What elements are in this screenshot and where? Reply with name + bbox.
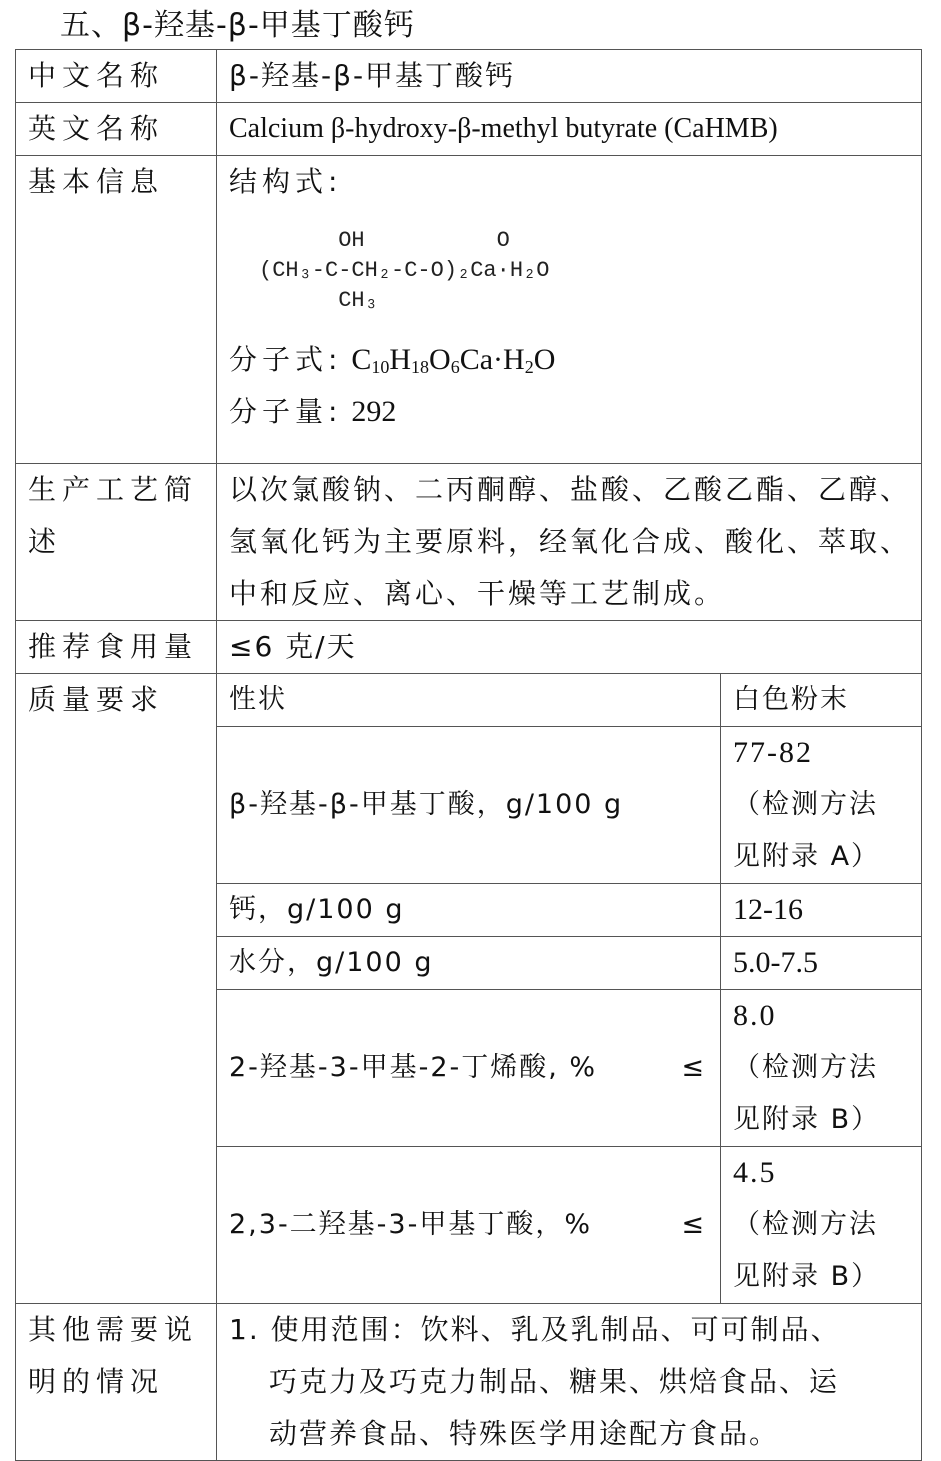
section-title: 五、β-羟基-β-甲基丁酸钙 <box>60 6 415 46</box>
row-process: 生产工艺简 述 以次氯酸钠、二丙酮醇、盐酸、乙酸乙酯、乙醇、氢氧化钙为主要原料，… <box>16 464 922 621</box>
structural-formula: OH O (CH₃-C-CH₂-C-O)₂Ca·H₂O CH₃ <box>259 226 921 316</box>
basic-info-cell: 结构式: OH O (CH₃-C-CH₂-C-O)₂Ca·H₂O CH₃ 分子式… <box>217 156 922 464</box>
quality-item-value: 77-82 （检测方法 见附录 A） <box>721 727 922 884</box>
value-chinese-name: β-羟基-β-甲基丁酸钙 <box>217 50 922 103</box>
molecular-formula-label: 分子式: <box>229 343 342 376</box>
quality-item-value: 8.0 （检测方法 见附录 B） <box>721 990 922 1147</box>
limit-symbol: ≤ <box>681 1199 706 1251</box>
value-english-name: Calcium β-hydroxy-β-methyl butyrate (CaH… <box>217 103 922 156</box>
value-dosage: ≤6 克/天 <box>217 621 922 674</box>
formula-line-main: (CH₃-C-CH₂-C-O)₂Ca·H₂O <box>259 256 921 286</box>
label-other-line2: 明的情况 <box>28 1356 216 1408</box>
quality-item-name-cell: 2,3-二羟基-3-甲基丁酸，% ≤ <box>217 1147 721 1304</box>
label-process: 生产工艺简 述 <box>16 464 217 621</box>
row-chinese-name: 中文名称 β-羟基-β-甲基丁酸钙 <box>16 50 922 103</box>
label-other-line1: 其他需要说 <box>28 1304 216 1356</box>
molecular-weight-line: 分子量: 292 <box>229 386 921 438</box>
label-other-notes: 其他需要说 明的情况 <box>16 1304 217 1461</box>
label-chinese-name: 中文名称 <box>16 50 217 103</box>
molecular-weight: 292 <box>351 395 396 428</box>
row-other-notes: 其他需要说 明的情况 1. 使用范围：饮料、乳及乳制品、可可制品、 巧克力及巧克… <box>16 1304 922 1461</box>
molecular-formula: C10H18O6Ca·H2O <box>351 343 555 376</box>
structure-label: 结构式: <box>229 156 921 208</box>
quality-item-name: 2-羟基-3-甲基-2-丁烯酸, % <box>229 1042 597 1094</box>
value-line: 见附录 A） <box>733 831 921 883</box>
formula-line-top: OH O <box>259 226 921 256</box>
label-basic-info: 基本信息 <box>16 156 217 464</box>
quality-item-name: 2,3-二羟基-3-甲基丁酸，% <box>229 1199 592 1251</box>
quality-item-value: 白色粉末 <box>721 674 922 727</box>
quality-item-name: β-羟基-β-甲基丁酸，g/100 g <box>217 727 721 884</box>
value-line: 8.0 <box>733 990 921 1042</box>
row-dosage: 推荐食用量 ≤6 克/天 <box>16 621 922 674</box>
quality-item-name: 性状 <box>217 674 721 727</box>
quality-item-value: 5.0-7.5 <box>721 937 922 990</box>
row-basic-info: 基本信息 结构式: OH O (CH₃-C-CH₂-C-O)₂Ca·H₂O CH… <box>16 156 922 464</box>
quality-item-value: 12-16 <box>721 884 922 937</box>
quality-item-name-cell: 2-羟基-3-甲基-2-丁烯酸, % ≤ <box>217 990 721 1147</box>
other-notes-text: 1. 使用范围：饮料、乳及乳制品、可可制品、 巧克力及巧克力制品、糖果、烘焙食品… <box>217 1304 922 1461</box>
quality-item-name: 水分，g/100 g <box>217 937 721 990</box>
note-line: 1. 使用范围：饮料、乳及乳制品、可可制品、 <box>229 1304 921 1356</box>
value-line: （检测方法 <box>733 779 921 831</box>
quality-item-value: 4.5 （检测方法 见附录 B） <box>721 1147 922 1304</box>
value-line: 4.5 <box>733 1147 921 1199</box>
label-process-line2: 述 <box>28 516 216 568</box>
value-line: 77-82 <box>733 727 921 779</box>
quality-item-name: 钙，g/100 g <box>217 884 721 937</box>
note-line: 巧克力及巧克力制品、糖果、烘焙食品、运 <box>229 1356 921 1408</box>
row-english-name: 英文名称 Calcium β-hydroxy-β-methyl butyrate… <box>16 103 922 156</box>
quality-row: 质量要求 性状 白色粉末 <box>16 674 922 727</box>
note-line: 动营养食品、特殊医学用途配方食品。 <box>229 1408 921 1460</box>
process-description: 以次氯酸钠、二丙酮醇、盐酸、乙酸乙酯、乙醇、氢氧化钙为主要原料，经氧化合成、酸化… <box>217 464 922 621</box>
label-process-line1: 生产工艺简 <box>28 464 216 516</box>
molecular-formula-line: 分子式: C10H18O6Ca·H2O <box>229 334 921 386</box>
value-line: 见附录 B） <box>733 1251 921 1303</box>
label-dosage: 推荐食用量 <box>16 621 217 674</box>
limit-symbol: ≤ <box>681 1042 706 1094</box>
label-quality: 质量要求 <box>16 674 217 1304</box>
molecular-weight-label: 分子量: <box>229 395 342 428</box>
spec-table: 中文名称 β-羟基-β-甲基丁酸钙 英文名称 Calcium β-hydroxy… <box>15 49 921 1461</box>
value-line: （检测方法 <box>733 1199 921 1251</box>
label-english-name: 英文名称 <box>16 103 217 156</box>
formula-line-bottom: CH₃ <box>259 286 921 316</box>
value-line: （检测方法 <box>733 1042 921 1094</box>
value-line: 见附录 B） <box>733 1094 921 1146</box>
